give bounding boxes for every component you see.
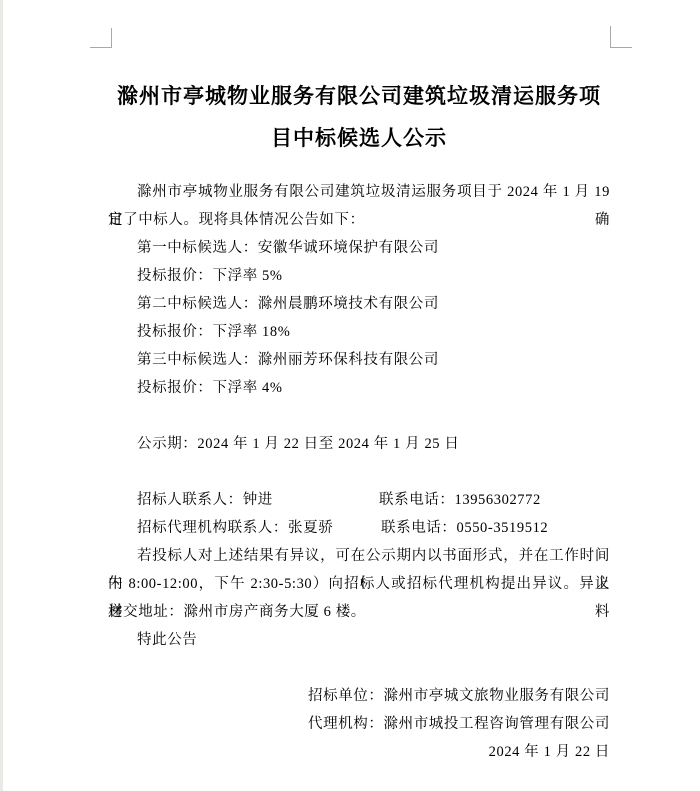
objection-line2: 午 8:00-12:00，下午 2:30-5:30）向招标人或招标代理机构提出异…	[108, 570, 610, 598]
margin-crop-mark-top-left	[90, 28, 112, 48]
signature-date: 2024 年 1 月 22 日	[108, 738, 610, 766]
blank-line	[108, 654, 610, 682]
candidate-3-price: 投标报价：下浮率 4%	[108, 374, 610, 402]
margin-crop-mark-top-right	[610, 26, 632, 48]
document-page: 滁州市亭城物业服务有限公司建筑垃圾清运服务项 目中标候选人公示 滁州市亭城物业服…	[0, 0, 700, 791]
objection-line1: 若投标人对上述结果有异议，可在公示期内以书面形式，并在工作时间内（上	[108, 542, 610, 570]
contact-tenderer-phone: 联系电话：13956302772	[350, 486, 541, 514]
candidate-1-price: 投标报价：下浮率 5%	[108, 262, 610, 290]
contact-agency-line: 招标代理机构联系人：张夏骄 联系电话：0550-3519512	[108, 514, 610, 542]
intro-line1: 滁州市亭城物业服务有限公司建筑垃圾清运服务项目于 2024 年 1 月 19 日…	[108, 178, 610, 206]
contact-tenderer-person: 招标人联系人：钟进	[137, 492, 273, 508]
document-title-line2: 目中标候选人公示	[108, 117, 610, 159]
contact-tenderer-line: 招标人联系人：钟进 联系电话：13956302772	[108, 486, 610, 514]
document-title-line1: 滁州市亭城物业服务有限公司建筑垃圾清运服务项	[108, 75, 610, 117]
signature-agency: 代理机构：滁州市城投工程咨询管理有限公司	[108, 710, 610, 738]
publicity-period-line: 公示期：2024 年 1 月 22 日至 2024 年 1 月 25 日	[108, 430, 610, 458]
candidate-2-name: 第二中标候选人：滁州晨鹏环境技术有限公司	[108, 290, 610, 318]
document-content: 滁州市亭城物业服务有限公司建筑垃圾清运服务项 目中标候选人公示 滁州市亭城物业服…	[108, 75, 610, 766]
closing-statement: 特此公告	[108, 626, 610, 654]
signature-tenderer: 招标单位：滁州市亭城文旅物业服务有限公司	[108, 682, 610, 710]
contact-agency-person: 招标代理机构联系人：张夏骄	[137, 520, 333, 536]
candidate-2-price: 投标报价：下浮率 18%	[108, 318, 610, 346]
candidate-1-name: 第一中标候选人：安徽华诚环境保护有限公司	[108, 234, 610, 262]
document-body: 滁州市亭城物业服务有限公司建筑垃圾清运服务项目于 2024 年 1 月 19 日…	[108, 178, 610, 766]
window-edge-strip	[0, 0, 3, 791]
document-title: 滁州市亭城物业服务有限公司建筑垃圾清运服务项 目中标候选人公示	[108, 75, 610, 159]
blank-line	[108, 458, 610, 486]
blank-line	[108, 402, 610, 430]
contact-agency-phone: 联系电话：0550-3519512	[352, 514, 548, 542]
candidate-3-name: 第三中标候选人：滁州丽芳环保科技有限公司	[108, 346, 610, 374]
